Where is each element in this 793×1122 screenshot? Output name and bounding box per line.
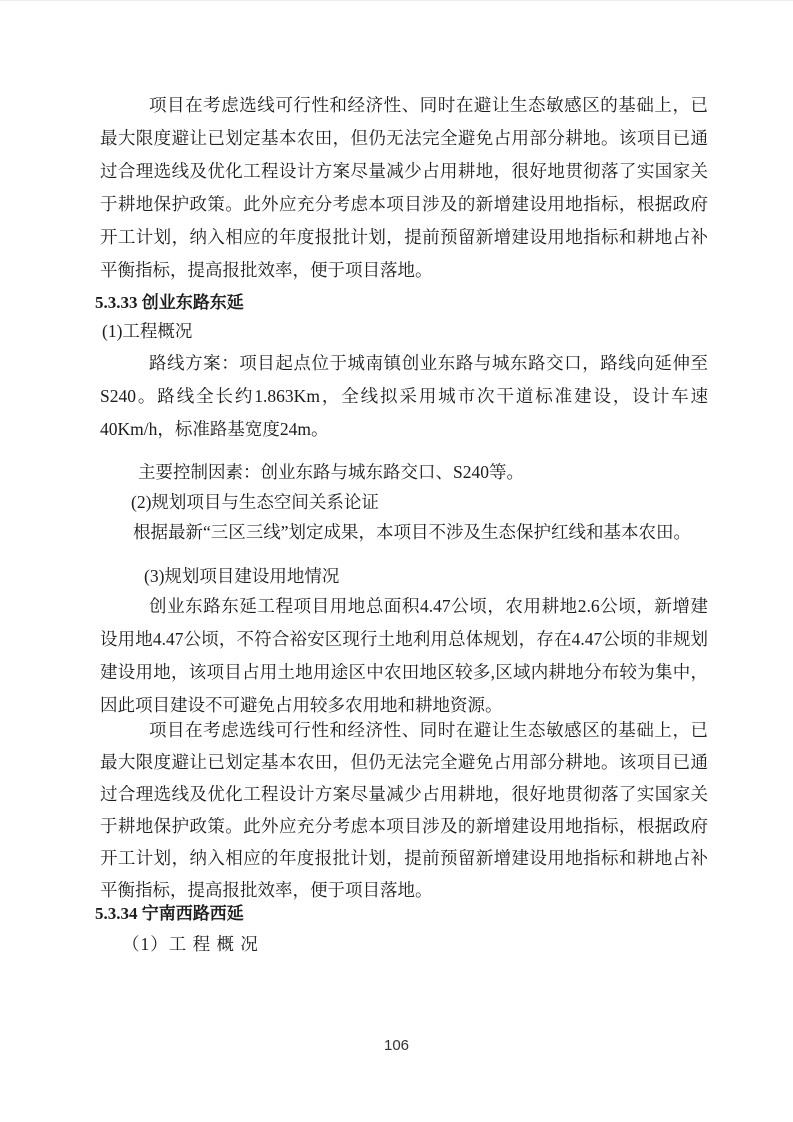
land-use-paragraph: 创业东路东延工程项目用地总面积4.47公顷，农用耕地2.6公顷，新增建设用地4.… <box>100 590 708 722</box>
page-number: 106 <box>0 1037 793 1054</box>
document-page: 项目在考虑选线可行性和经济性、同时在避让生态敏感区的基础上，已最大限度避让已划定… <box>0 0 793 1122</box>
impact-paragraph: 项目在考虑选线可行性和经济性、同时在避让生态敏感区的基础上，已最大限度避让已划定… <box>100 89 708 287</box>
item-2-eco-space-heading: (2)规划项目与生态空间关系论证 <box>100 488 708 516</box>
impact-paragraph-repeat: 项目在考虑选线可行性和经济性、同时在避让生态敏感区的基础上，已最大限度避让已划定… <box>100 714 708 906</box>
page-content: 项目在考虑选线可行性和经济性、同时在避让生态敏感区的基础上，已最大限度避让已划定… <box>100 89 708 958</box>
section-heading-5-3-33: 5.3.33 创业东路东延 <box>95 289 708 317</box>
item-1-engineering-overview: (1)工程概况 <box>100 317 708 345</box>
item-3-land-use-heading: (3)规划项目建设用地情况 <box>100 562 708 590</box>
eco-space-paragraph: 根据最新“三区三线”划定成果，本项目不涉及生态保护红线和基本农田。 <box>100 518 708 546</box>
item-1-engineering-overview-2: （1）工 程 概 况 <box>100 930 708 958</box>
route-plan-paragraph: 路线方案：项目起点位于城南镇创业东路与城东路交口，路线向延伸至S240。路线全长… <box>100 347 708 446</box>
control-factors-paragraph: 主要控制因素：创业东路与城东路交口、S240等。 <box>100 458 708 486</box>
